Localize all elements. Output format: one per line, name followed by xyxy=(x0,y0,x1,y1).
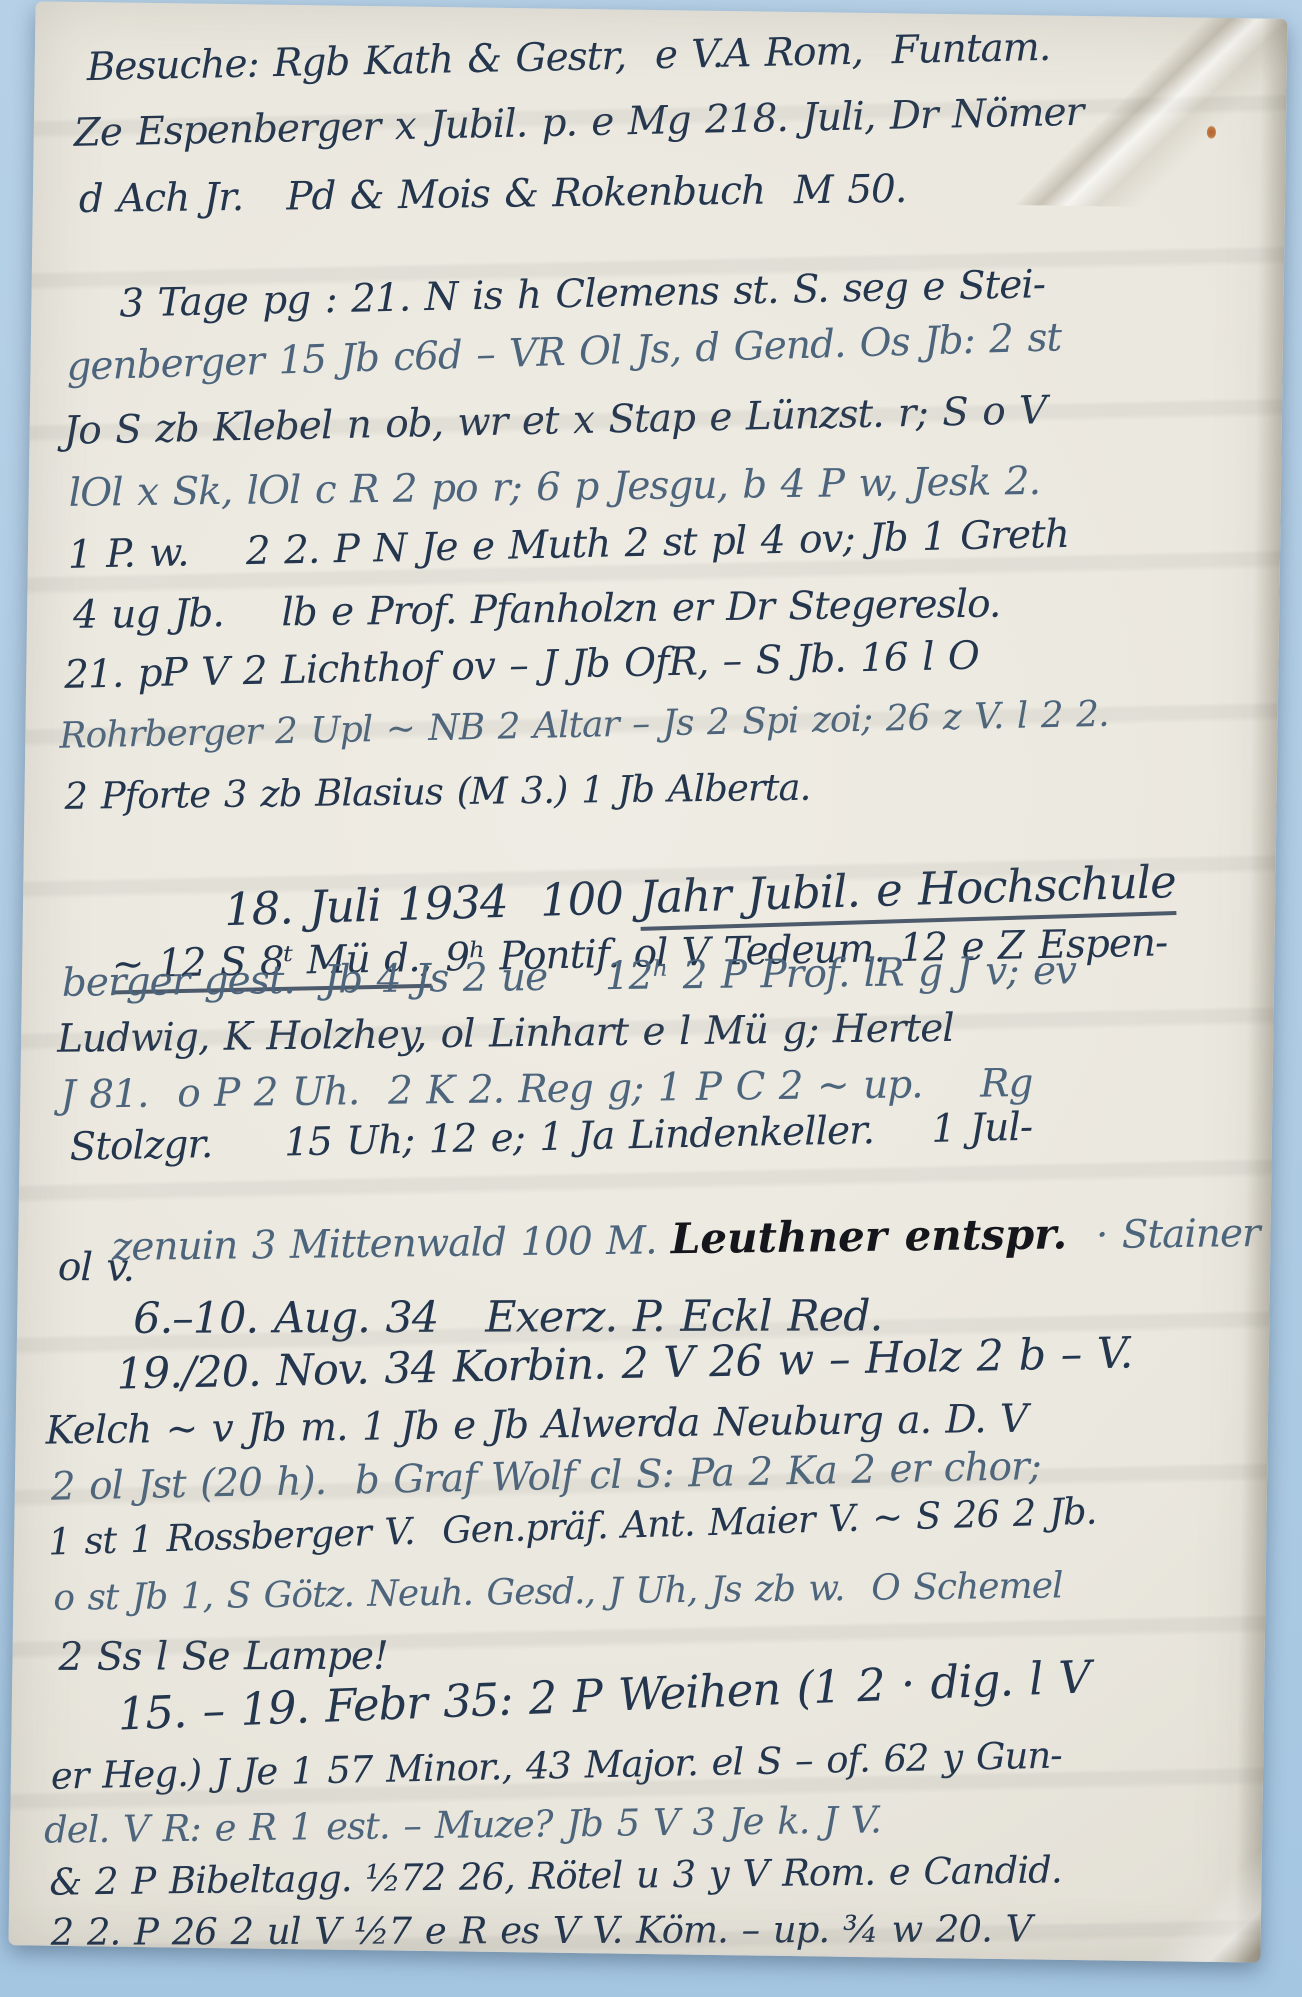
paper-edge-shadow xyxy=(1234,18,1287,1962)
rust-stain xyxy=(1207,126,1216,139)
handwritten-line: Besuche: Rgb Kath & Gestr, e V.A Rom, Fu… xyxy=(86,28,1050,89)
handwritten-line: er Heg.) J Je 1 57 Minor., 43 Major. el … xyxy=(50,1737,1062,1797)
signature-line-prefix: zenuin 3 Mittenwald 100 M. xyxy=(112,1218,672,1270)
handwritten-line: Kelch ~ v Jb m. 1 Jb e Jb Alwerda Neubur… xyxy=(45,1400,1027,1453)
handwritten-line: d Ach Jr. Pd & Mois & Rokenbuch M 50. xyxy=(79,170,907,221)
handwritten-line: & 2 P Bibeltagg. ½72 26, Rötel u 3 y V R… xyxy=(49,1851,1062,1902)
handwritten-line: 1 P. w. 2 2. P N Je e Muth 2 st pl 4 ov;… xyxy=(67,515,1069,577)
signature-line-suffix: · Stainer xyxy=(1067,1211,1260,1258)
handwritten-line: o st Jb 1, S Götz. Neuh. Gesd., J Uh, Js… xyxy=(53,1567,1063,1617)
handwritten-line: genberger 15 Jb c6d – VR Ol Js, d Gend. … xyxy=(66,318,1062,388)
handwritten-line: del. V R: e R 1 est. – Muze? Jb 5 V 3 Je… xyxy=(44,1801,881,1850)
handwritten-line: Rohrberger 2 Upl ~ NB 2 Altar – Js 2 Spi… xyxy=(59,696,1109,756)
paper-sheet: Besuche: Rgb Kath & Gestr, e V.A Rom, Fu… xyxy=(8,1,1287,1962)
handwritten-line: ol v. xyxy=(58,1248,135,1290)
handwritten-line: 21. pP V 2 Lichthof ov – J Jb OfR, – S J… xyxy=(64,637,980,697)
handwritten-line: lOl x Sk, lOl c R 2 po r; 6 p Jesgu, b 4… xyxy=(69,462,1041,515)
handwritten-line: Stolzgr. 15 Uh; 12 e; 1 Ja Lindenkeller.… xyxy=(69,1108,1032,1169)
handwritten-line: 4 ug Jb. lb e Prof. Pfanholzn er Dr Steg… xyxy=(73,585,1001,637)
scanned-manuscript-page: { "colors": { "background": "#aecbe3", "… xyxy=(0,0,1302,1997)
handwritten-fragment: s2 ~ ag. xyxy=(898,1955,1039,1963)
handwritten-line: 2 2. P 26 2 ul V ½7 e R es V V. Köm. – u… xyxy=(51,1910,1032,1952)
signature-line: zenuin 3 Mittenwald 100 M. Leuthner ents… xyxy=(53,1169,1260,1311)
handwritten-line: 6.–10. Aug. 34 Exerz. P. Eckl Red. xyxy=(133,1294,882,1342)
signature-leuthner: Leuthner entspr. xyxy=(671,1209,1068,1263)
handwritten-line: 2 Ss l Se Lampe! xyxy=(58,1637,387,1679)
paper-corner-fold xyxy=(1120,1841,1272,1963)
handwritten-line: Ze Espenberger x Jubil. p. e Mg 218. Jul… xyxy=(73,93,1083,155)
handwritten-line: Ludwig, K Holzhey, ol Linhart e l Mü g; … xyxy=(57,1009,954,1061)
handwritten-line: 3 Tage pg : 21. N is h Clemens st. S. se… xyxy=(119,265,1045,325)
handwritten-line: Jo S zb Klebel n ob, wr et x Stap e Lünz… xyxy=(63,391,1046,453)
handwritten-line: 2 Pforte 3 zb Blasius (M 3.) 1 Jb Albert… xyxy=(64,769,810,817)
